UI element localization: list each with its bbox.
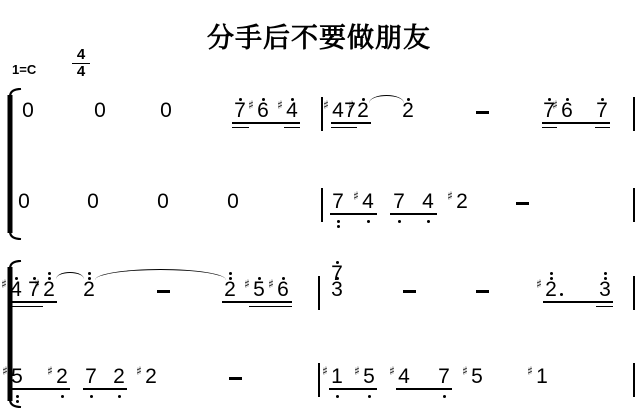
- barline: [318, 276, 320, 310]
- note-numeral: 2: [400, 100, 416, 121]
- octave-dot: [16, 400, 19, 403]
- note-numeral: 0: [85, 191, 101, 212]
- sharp-icon: ♯: [242, 278, 252, 290]
- octave-dot: [48, 277, 51, 280]
- note-numeral: 5: [251, 279, 267, 300]
- barline: [633, 97, 635, 131]
- note-numeral: 4: [420, 191, 436, 212]
- octave-dot: [604, 277, 607, 280]
- note-numeral: 6: [275, 279, 291, 300]
- sharp-icon: ♯: [0, 278, 9, 290]
- beam-underline: [8, 306, 43, 308]
- song-title: 分手后不要做朋友: [0, 16, 638, 55]
- note-numeral: 1: [534, 366, 550, 387]
- key-signature: 1=C: [12, 62, 36, 77]
- duration-dash: [476, 290, 489, 293]
- note-numeral: 2: [543, 279, 559, 300]
- octave-dot: [427, 220, 430, 223]
- note-numeral: 0: [158, 100, 174, 121]
- note-numeral: 6: [255, 100, 271, 121]
- beam-underline: [8, 388, 70, 390]
- sharp-icon: ♯: [246, 99, 256, 111]
- octave-dot: [443, 395, 446, 398]
- sharp-icon: ♯: [0, 365, 10, 377]
- barline: [321, 188, 323, 222]
- sharp-icon: ♯: [45, 365, 55, 377]
- note-numeral: 0: [20, 100, 36, 121]
- note-numeral: 2: [454, 191, 470, 212]
- note-numeral: 7: [594, 100, 610, 121]
- sharp-icon: ♯: [134, 365, 144, 377]
- beam-underline: [396, 388, 452, 390]
- sharp-icon: ♯: [445, 190, 455, 202]
- octave-dot: [16, 395, 19, 398]
- note-numeral: 4: [360, 191, 376, 212]
- octave-dot: [368, 395, 371, 398]
- octave-dot: [282, 277, 285, 280]
- note-numeral: 2: [143, 366, 159, 387]
- octave-dot: [48, 272, 51, 275]
- tie-slur: [95, 269, 226, 280]
- beam-underline: [8, 301, 57, 303]
- note-numeral: 0: [16, 191, 32, 212]
- octave-dot: [604, 272, 607, 275]
- octave-dot: [550, 277, 553, 280]
- beam-underline: [542, 122, 610, 124]
- barline: [321, 97, 323, 131]
- time-signature-numerator: 4: [70, 48, 92, 62]
- octave-dot: [336, 261, 339, 264]
- beam-underline: [232, 122, 300, 124]
- note-numeral: 5: [361, 366, 377, 387]
- note-numeral: 3: [597, 279, 613, 300]
- sharp-icon: ♯: [275, 99, 285, 111]
- sharp-icon: ♯: [346, 99, 356, 111]
- barline: [633, 276, 635, 310]
- octave-dot: [90, 395, 93, 398]
- note-numeral: 4: [284, 100, 300, 121]
- barline: [633, 188, 635, 222]
- beam-underline: [595, 127, 610, 129]
- sharp-icon: ♯: [320, 365, 330, 377]
- beam-underline: [542, 127, 557, 129]
- sharp-icon: ♯: [550, 99, 560, 111]
- duration-dash: [157, 290, 170, 293]
- duration-dash: [476, 111, 489, 114]
- beam-underline: [331, 122, 371, 124]
- octave-dot: [367, 220, 370, 223]
- sharp-icon: ♯: [266, 278, 276, 290]
- octave-dot: [336, 395, 339, 398]
- octave-dot: [88, 277, 91, 280]
- note-numeral: 7: [391, 191, 407, 212]
- octave-dot: [229, 272, 232, 275]
- note-numeral: 2: [54, 366, 70, 387]
- beam-underline: [596, 306, 613, 308]
- octave-dot: [398, 220, 401, 223]
- octave-dot: [239, 98, 242, 101]
- sharp-icon: ♯: [534, 278, 544, 290]
- beam-underline: [329, 388, 377, 390]
- octave-dot: [337, 220, 340, 223]
- octave-dot: [88, 272, 91, 275]
- beam-underline: [331, 127, 357, 129]
- octave-dot: [229, 277, 232, 280]
- octave-dot: [362, 98, 365, 101]
- note-numeral: 7: [436, 366, 452, 387]
- sharp-icon: ♯: [387, 365, 397, 377]
- note-numeral: 7: [329, 263, 345, 284]
- beam-underline: [330, 213, 377, 215]
- octave-dot: [601, 98, 604, 101]
- note-numeral: 7: [83, 366, 99, 387]
- octave-dot: [258, 277, 261, 280]
- sharp-icon: ♯: [525, 365, 535, 377]
- note-numeral: 7: [330, 191, 346, 212]
- time-signature-denominator: 4: [70, 65, 92, 79]
- barline: [633, 363, 635, 397]
- sharp-icon: ♯: [351, 190, 361, 202]
- beam-underline: [222, 301, 292, 303]
- sharp-icon: ♯: [460, 365, 470, 377]
- note-numeral: 6: [559, 100, 575, 121]
- octave-dot: [566, 98, 569, 101]
- octave-dot: [118, 395, 121, 398]
- octave-dot: [15, 277, 18, 280]
- time-signature: 4 4: [70, 48, 92, 79]
- beam-underline: [390, 213, 437, 215]
- duration-dash: [403, 290, 416, 293]
- beam-underline: [543, 301, 613, 303]
- sheet-music-page: 分手后不要做朋友 1=C 4 4 00076♯4♯4♯72♯276♯700007…: [0, 0, 638, 411]
- beam-underline: [232, 127, 249, 129]
- note-numeral: 2: [111, 366, 127, 387]
- duration-dash: [229, 377, 242, 380]
- note-numeral: 0: [225, 191, 241, 212]
- octave-dot: [262, 98, 265, 101]
- tie-slur: [56, 272, 84, 279]
- sharp-icon: ♯: [321, 99, 331, 111]
- note-numeral: 5: [9, 366, 25, 387]
- octave-dot: [61, 395, 64, 398]
- sharp-icon: ♯: [32, 278, 42, 290]
- duration-dash: [516, 202, 529, 205]
- note-numeral: 2: [355, 100, 371, 121]
- barline: [318, 363, 320, 397]
- octave-dot: [407, 98, 410, 101]
- note-numeral: 0: [155, 191, 171, 212]
- note-numeral: 2: [41, 279, 57, 300]
- note-numeral: 0: [92, 100, 108, 121]
- beam-underline: [249, 306, 292, 308]
- note-numeral: 4: [8, 279, 24, 300]
- note-numeral: 2: [222, 279, 238, 300]
- tie-slur: [369, 95, 404, 103]
- octave-dot: [550, 272, 553, 275]
- note-numeral: 2: [81, 279, 97, 300]
- augmentation-dot: [560, 293, 563, 296]
- sharp-icon: ♯: [352, 365, 362, 377]
- note-numeral: 5: [469, 366, 485, 387]
- note-numeral: 1: [329, 366, 345, 387]
- octave-dot: [291, 98, 294, 101]
- beam-underline: [284, 127, 300, 129]
- note-numeral: 4: [396, 366, 412, 387]
- octave-dot: [337, 225, 340, 228]
- beam-underline: [83, 388, 127, 390]
